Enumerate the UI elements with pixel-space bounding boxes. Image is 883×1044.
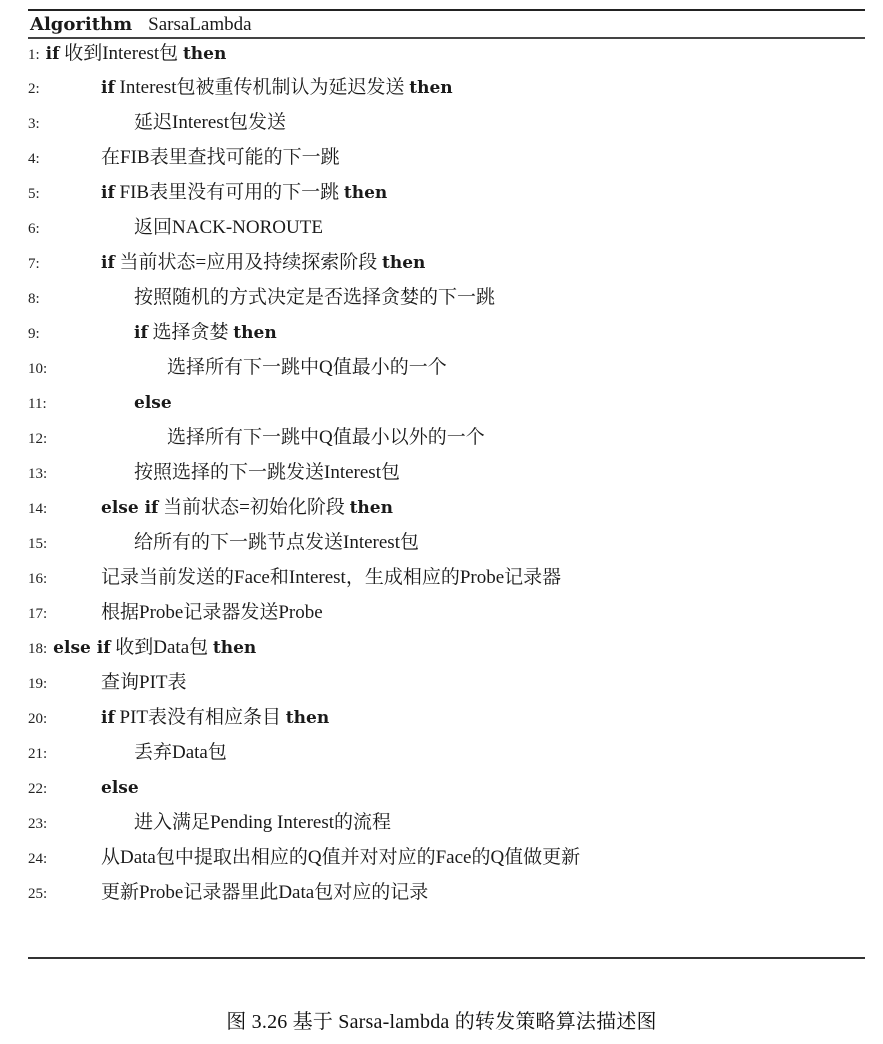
statement-text: 当前状态=应用及持续探索阶段: [115, 252, 382, 273]
algorithm-line: 21:丢弃Data包: [28, 738, 227, 768]
statement-text: 查询PIT表: [101, 672, 187, 693]
line-content: 按照选择的下一跳发送Interest包: [134, 462, 400, 483]
line-content: else: [101, 777, 139, 798]
statement-text: 给所有的下一跳节点发送Interest包: [134, 532, 419, 553]
algorithm-line: 11:else: [28, 388, 172, 418]
line-content: else if 收到Data包 then: [53, 637, 256, 658]
algorithm-line: 5:if FIB表里没有可用的下一跳 then: [28, 178, 387, 208]
algorithm-line: 19:查询PIT表: [28, 668, 187, 698]
keyword: then: [213, 638, 256, 658]
line-content: 选择所有下一跳中Q值最小以外的一个: [167, 427, 485, 448]
line-number: 12:: [28, 424, 68, 454]
algorithm-line: 7:if 当前状态=应用及持续探索阶段 then: [28, 248, 425, 278]
keyword: if: [101, 183, 115, 203]
line-number: 11:: [28, 389, 68, 419]
statement-text: 丢弃Data包: [134, 742, 227, 763]
keyword: else if: [53, 638, 110, 658]
statement-text: 当前状态=初始化阶段: [158, 497, 349, 518]
keyword: else if: [101, 498, 158, 518]
keyword: if: [101, 78, 115, 98]
statement-text: PIT表没有相应条目: [115, 707, 286, 728]
line-content: else: [134, 392, 172, 413]
statement-text: 返回NACK-NOROUTE: [134, 217, 323, 238]
line-content: 按照随机的方式决定是否选择贪婪的下一跳: [134, 287, 495, 308]
line-content: 查询PIT表: [101, 672, 187, 693]
algorithm-line: 15:给所有的下一跳节点发送Interest包: [28, 528, 419, 558]
line-content: if PIT表没有相应条目 then: [101, 707, 329, 728]
line-number: 9:: [28, 319, 68, 349]
line-number: 8:: [28, 284, 68, 314]
line-number: 13:: [28, 459, 68, 489]
line-content: 丢弃Data包: [134, 742, 227, 763]
line-number: 22:: [28, 774, 68, 804]
algorithm-line: 13:按照选择的下一跳发送Interest包: [28, 458, 400, 488]
line-number: 3:: [28, 109, 68, 139]
algorithm-line: 9:if 选择贪婪 then: [28, 318, 277, 348]
statement-text: FIB表里没有可用的下一跳: [115, 182, 344, 203]
keyword: if: [101, 253, 115, 273]
keyword: else: [134, 393, 172, 413]
statement-text: 从Data包中提取出相应的Q值并对对应的Face的Q值做更新: [101, 847, 580, 868]
figure-caption: 图 3.26 基于 Sarsa-lambda 的转发策略算法描述图: [0, 1005, 883, 1034]
statement-text: 更新Probe记录器里此Data包对应的记录: [101, 882, 428, 903]
algorithm-line: 10:选择所有下一跳中Q值最小的一个: [28, 353, 447, 383]
statement-text: 按照选择的下一跳发送Interest包: [134, 462, 400, 483]
keyword: if: [101, 708, 115, 728]
line-content: 给所有的下一跳节点发送Interest包: [134, 532, 419, 553]
line-content: if FIB表里没有可用的下一跳 then: [101, 182, 387, 203]
line-content: 返回NACK-NOROUTE: [134, 217, 323, 238]
line-number: 21:: [28, 739, 68, 769]
statement-text: 收到Interest包: [59, 43, 182, 64]
algorithm-line: 1:if 收到Interest包 then: [28, 39, 226, 69]
statement-text: 根据Probe记录器发送Probe: [101, 602, 323, 623]
line-number: 17:: [28, 599, 68, 629]
line-number: 25:: [28, 879, 68, 909]
algorithm-line: 23:进入满足Pending Interest的流程: [28, 808, 391, 838]
algorithm-line: 18:else if 收到Data包 then: [28, 633, 256, 663]
statement-text: 在FIB表里查找可能的下一跳: [101, 147, 340, 168]
line-content: 延迟Interest包发送: [134, 112, 286, 133]
algorithm-line: 2:if Interest包被重传机制认为延迟发送 then: [28, 73, 453, 103]
algorithm-line: 20:if PIT表没有相应条目 then: [28, 703, 329, 733]
line-number: 23:: [28, 809, 68, 839]
algorithm-line: 17:根据Probe记录器发送Probe: [28, 598, 323, 628]
line-number: 1:: [28, 40, 40, 70]
line-content: 进入满足Pending Interest的流程: [134, 812, 391, 833]
algorithm-lines: 1:if 收到Interest包 then2:if Interest包被重传机制…: [28, 39, 865, 919]
line-number: 4:: [28, 144, 68, 174]
algorithm-line: 16:记录当前发送的Face和Interest，生成相应的Probe记录器: [28, 563, 561, 593]
line-content: 在FIB表里查找可能的下一跳: [101, 147, 340, 168]
line-number: 6:: [28, 214, 68, 244]
keyword: then: [183, 44, 226, 64]
line-number: 18:: [28, 634, 47, 664]
algorithm-line: 6:返回NACK-NOROUTE: [28, 213, 323, 243]
keyword: then: [233, 323, 276, 343]
bottom-rule: [28, 957, 865, 959]
line-content: else if 当前状态=初始化阶段 then: [101, 497, 393, 518]
algorithm-line: 8:按照随机的方式决定是否选择贪婪的下一跳: [28, 283, 495, 313]
statement-text: 选择贪婪: [148, 322, 234, 343]
algorithm-line: 24:从Data包中提取出相应的Q值并对对应的Face的Q值做更新: [28, 843, 580, 873]
keyword: then: [382, 253, 425, 273]
line-number: 10:: [28, 354, 68, 384]
line-number: 20:: [28, 704, 68, 734]
algorithm-line: 22:else: [28, 773, 139, 803]
line-content: if 当前状态=应用及持续探索阶段 then: [101, 252, 425, 273]
algorithm-line: 14:else if 当前状态=初始化阶段 then: [28, 493, 393, 523]
line-number: 15:: [28, 529, 68, 559]
line-content: 更新Probe记录器里此Data包对应的记录: [101, 882, 428, 903]
statement-text: 收到Data包: [111, 637, 213, 658]
line-number: 7:: [28, 249, 68, 279]
algorithm-block: AlgorithmSarsaLambda 1:if 收到Interest包 th…: [28, 9, 865, 919]
algorithm-keyword: Algorithm: [30, 14, 132, 35]
keyword: then: [286, 708, 329, 728]
statement-text: 延迟Interest包发送: [134, 112, 286, 133]
algorithm-line: 12:选择所有下一跳中Q值最小以外的一个: [28, 423, 485, 453]
line-number: 2:: [28, 74, 68, 104]
statement-text: 选择所有下一跳中Q值最小的一个: [167, 357, 447, 378]
keyword: then: [344, 183, 387, 203]
line-content: 记录当前发送的Face和Interest，生成相应的Probe记录器: [101, 567, 561, 588]
keyword: else: [101, 778, 139, 798]
line-content: if 选择贪婪 then: [134, 322, 277, 343]
line-number: 16:: [28, 564, 68, 594]
keyword: if: [46, 44, 60, 64]
line-number: 24:: [28, 844, 68, 874]
keyword: if: [134, 323, 148, 343]
line-number: 19:: [28, 669, 68, 699]
statement-text: Interest包被重传机制认为延迟发送: [115, 77, 409, 98]
line-content: 根据Probe记录器发送Probe: [101, 602, 323, 623]
algorithm-line: 25:更新Probe记录器里此Data包对应的记录: [28, 878, 428, 908]
line-number: 5:: [28, 179, 68, 209]
algorithm-line: 4:在FIB表里查找可能的下一跳: [28, 143, 340, 173]
statement-text: 按照随机的方式决定是否选择贪婪的下一跳: [134, 287, 495, 308]
algorithm-line: 3:延迟Interest包发送: [28, 108, 286, 138]
keyword: then: [409, 78, 452, 98]
line-content: 从Data包中提取出相应的Q值并对对应的Face的Q值做更新: [101, 847, 580, 868]
statement-text: 进入满足Pending Interest的流程: [134, 812, 391, 833]
line-content: if Interest包被重传机制认为延迟发送 then: [101, 77, 453, 98]
line-content: if 收到Interest包 then: [46, 43, 227, 64]
statement-text: 选择所有下一跳中Q值最小以外的一个: [167, 427, 485, 448]
algorithm-name: SarsaLambda: [148, 14, 251, 35]
line-content: 选择所有下一跳中Q值最小的一个: [167, 357, 447, 378]
line-number: 14:: [28, 494, 68, 524]
keyword: then: [350, 498, 393, 518]
algorithm-header: AlgorithmSarsaLambda: [28, 11, 865, 37]
statement-text: 记录当前发送的Face和Interest，生成相应的Probe记录器: [101, 567, 561, 588]
